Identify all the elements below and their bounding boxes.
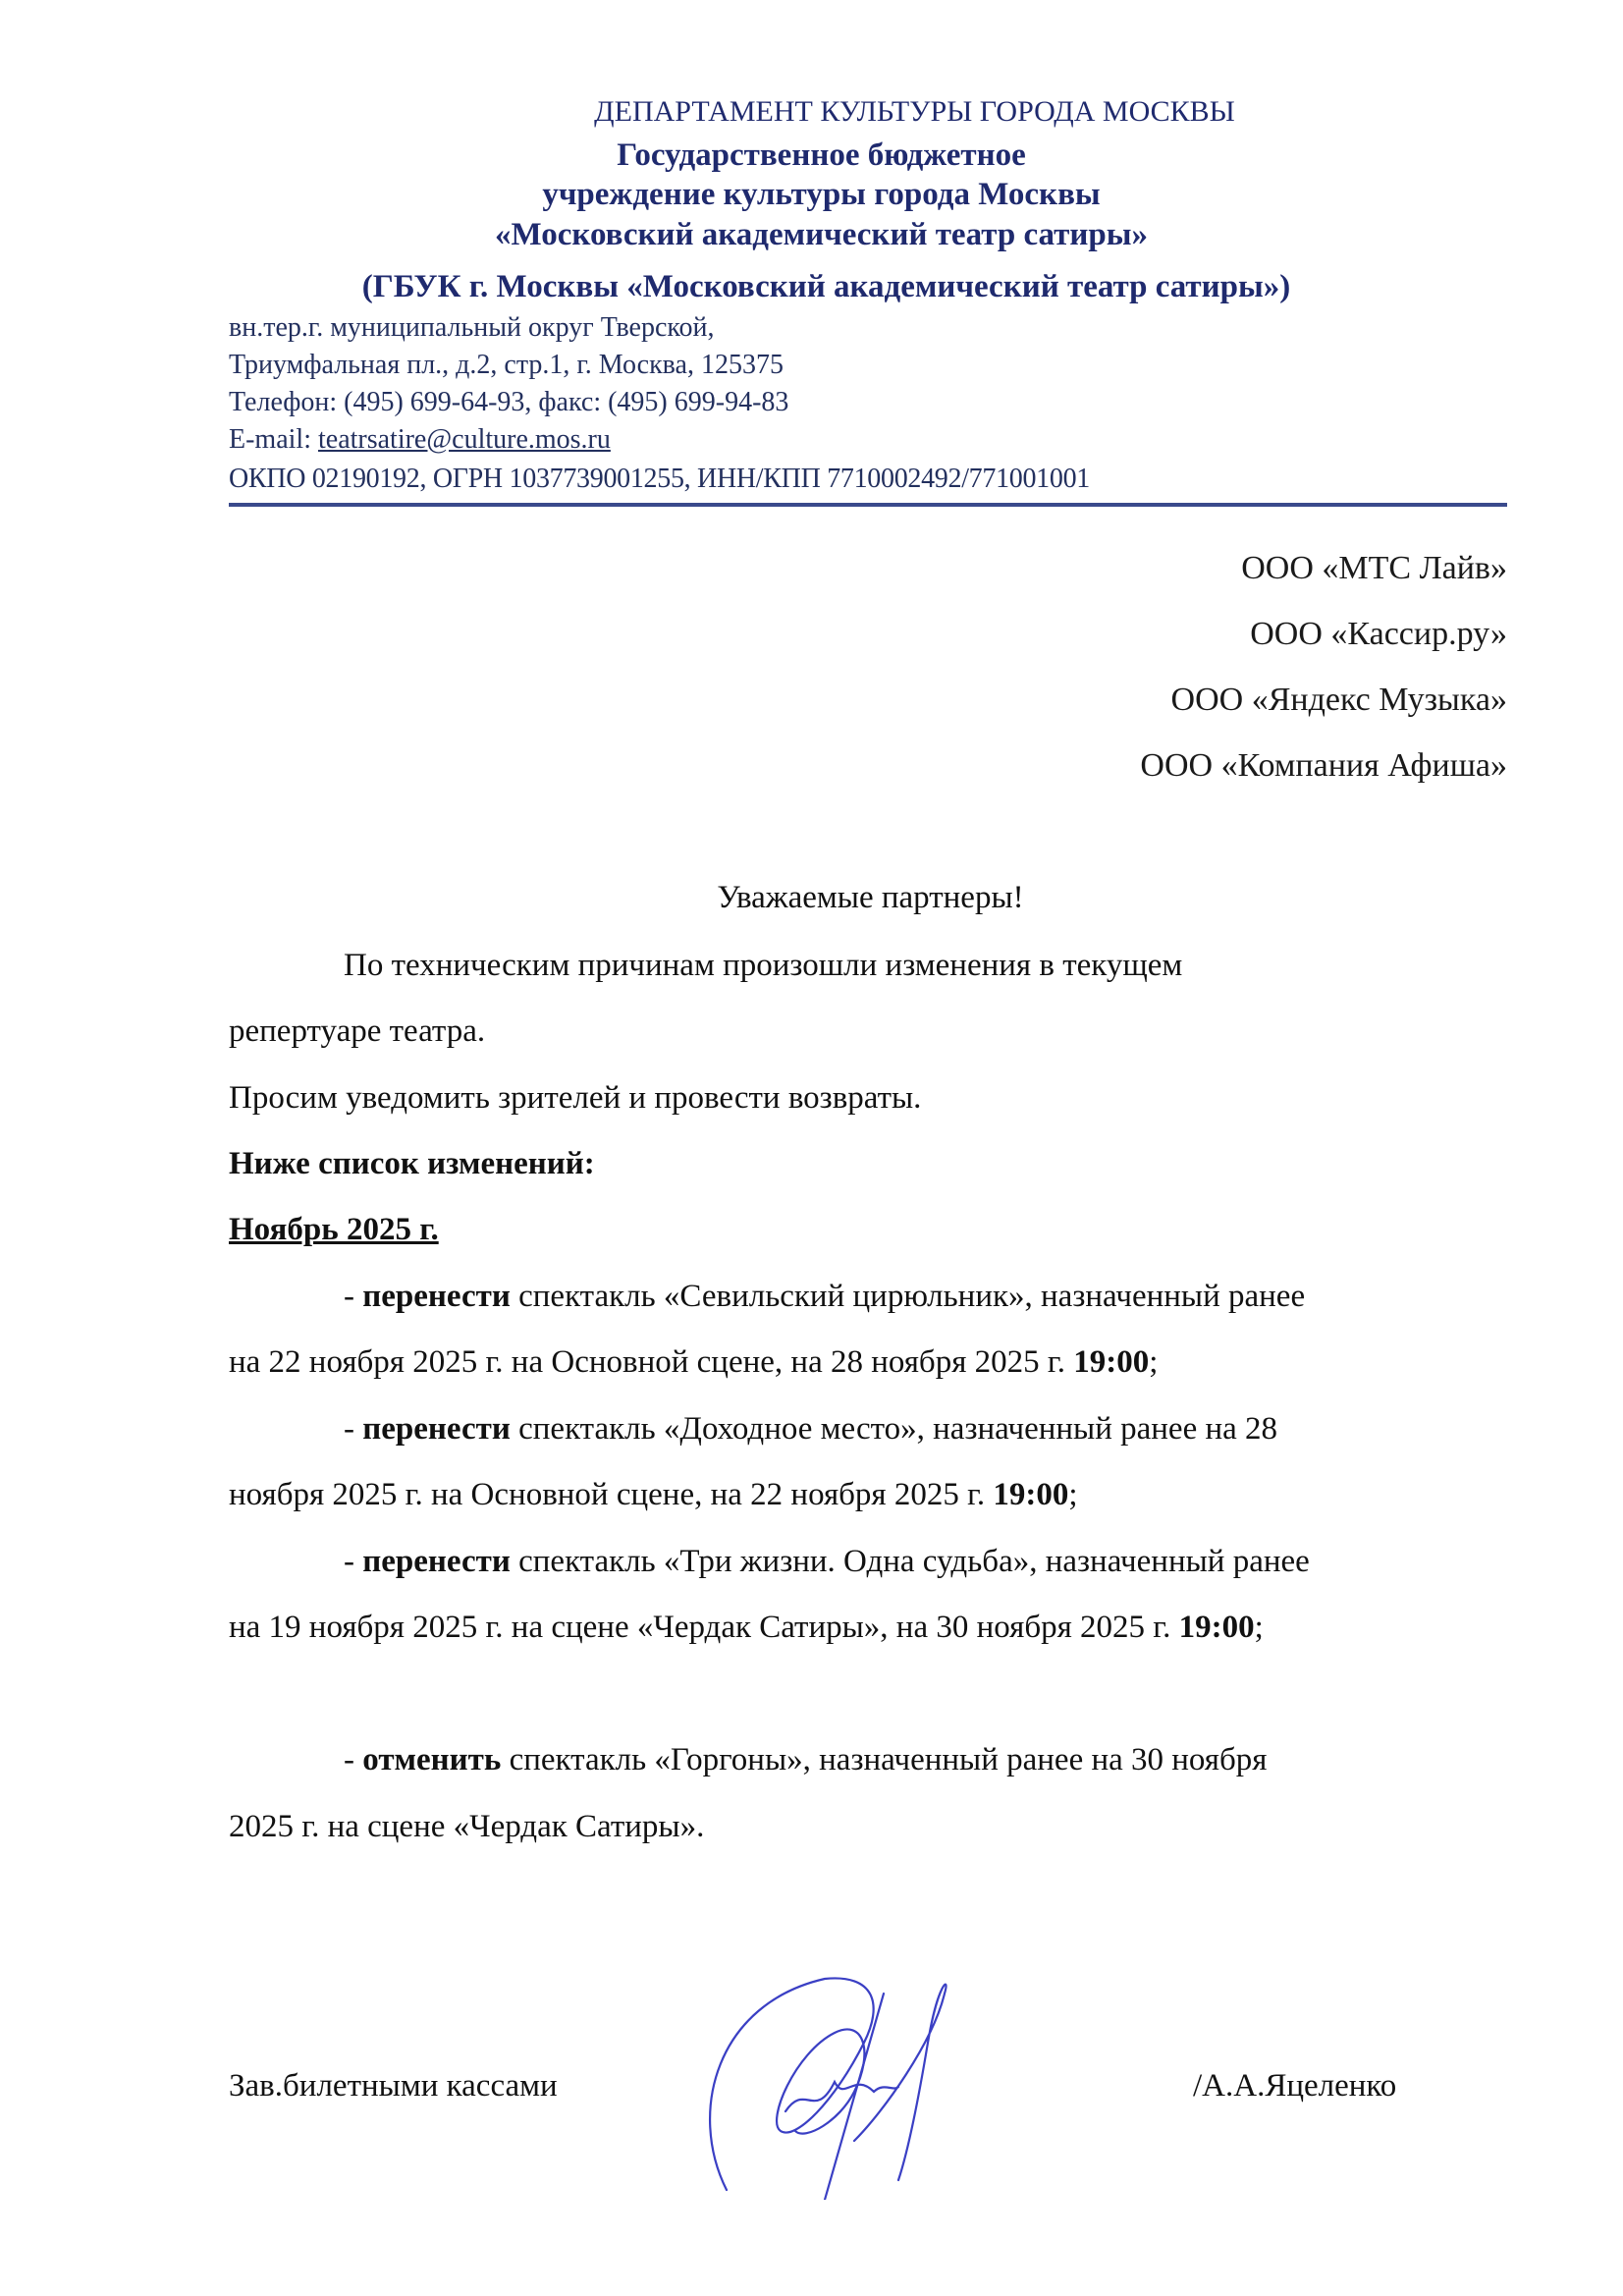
- recipient: ООО «Кассир.ру»: [1250, 616, 1507, 653]
- recipient: ООО «МТС Лайв»: [1241, 550, 1507, 587]
- recipient: ООО «Яндекс Музыка»: [1171, 682, 1507, 719]
- change-item-line1: - перенести спектакль «Три жизни. Одна с…: [344, 1544, 1310, 1580]
- org-short-name: (ГБУК г. Москвы «Московский академически…: [0, 269, 1623, 305]
- intro-line1: По техническим причинам произошли измене…: [344, 948, 1182, 984]
- salutation: Уважаемые партнеры!: [0, 880, 1623, 916]
- email-line: E-mail: teatrsatire@culture.mos.ru: [229, 424, 611, 456]
- change-item-line1: - отменить спектакль «Горгоны», назначен…: [344, 1742, 1267, 1778]
- change-time: 19:00: [1073, 1344, 1149, 1380]
- change-action: отменить: [362, 1742, 501, 1777]
- email-label: E-mail:: [229, 424, 318, 455]
- month-heading: Ноябрь 2025 г.: [229, 1212, 439, 1248]
- org-name-line3: «Московский академический театр сатиры»: [0, 217, 1623, 253]
- change-item-line2: на 22 ноября 2025 г. на Основной сцене, …: [229, 1344, 1158, 1381]
- change-item-line1: - перенести спектакль «Доходное место», …: [344, 1411, 1277, 1448]
- request-text: Просим уведомить зрителей и провести воз…: [229, 1080, 921, 1117]
- letterhead-divider: [229, 503, 1507, 507]
- change-time: 19:00: [1179, 1610, 1255, 1645]
- handwritten-signature: [687, 1964, 1060, 2200]
- change-action: перенести: [362, 1279, 511, 1314]
- signer-position: Зав.билетными кассами: [229, 2068, 558, 2105]
- intro-line2: репертуаре театра.: [229, 1013, 485, 1050]
- phone-fax: Телефон: (495) 699-64-93, факс: (495) 69…: [229, 387, 788, 418]
- change-action: перенести: [362, 1544, 511, 1579]
- address-line2: Триумфальная пл., д.2, стр.1, г. Москва,…: [229, 350, 784, 381]
- change-item-line1: - перенести спектакль «Севильский цирюль…: [344, 1279, 1305, 1315]
- department-name: ДЕПАРТАМЕНТ КУЛЬТУРЫ ГОРОДА МОСКВЫ: [0, 95, 1623, 129]
- registry-codes: ОКПО 02190192, ОГРН 1037739001255, ИНН/К…: [229, 464, 1090, 495]
- change-time: 19:00: [993, 1477, 1068, 1512]
- list-heading: Ниже список изменений:: [229, 1146, 595, 1182]
- change-item-line2: ноября 2025 г. на Основной сцене, на 22 …: [229, 1477, 1078, 1513]
- change-item-line2: на 19 ноября 2025 г. на сцене «Чердак Са…: [229, 1610, 1264, 1646]
- change-item-line2: 2025 г. на сцене «Чердак Сатиры».: [229, 1809, 704, 1845]
- email-link[interactable]: teatrsatire@culture.mos.ru: [318, 424, 611, 455]
- recipient: ООО «Компания Афиша»: [1140, 747, 1507, 785]
- org-name-line1: Государственное бюджетное: [0, 137, 1623, 174]
- signer-name: /А.А.Яцеленко: [1193, 2068, 1396, 2105]
- address-line1: вн.тер.г. муниципальный округ Тверской,: [229, 312, 715, 344]
- change-action: перенести: [362, 1411, 511, 1447]
- org-name-line2: учреждение культуры города Москвы: [0, 177, 1623, 213]
